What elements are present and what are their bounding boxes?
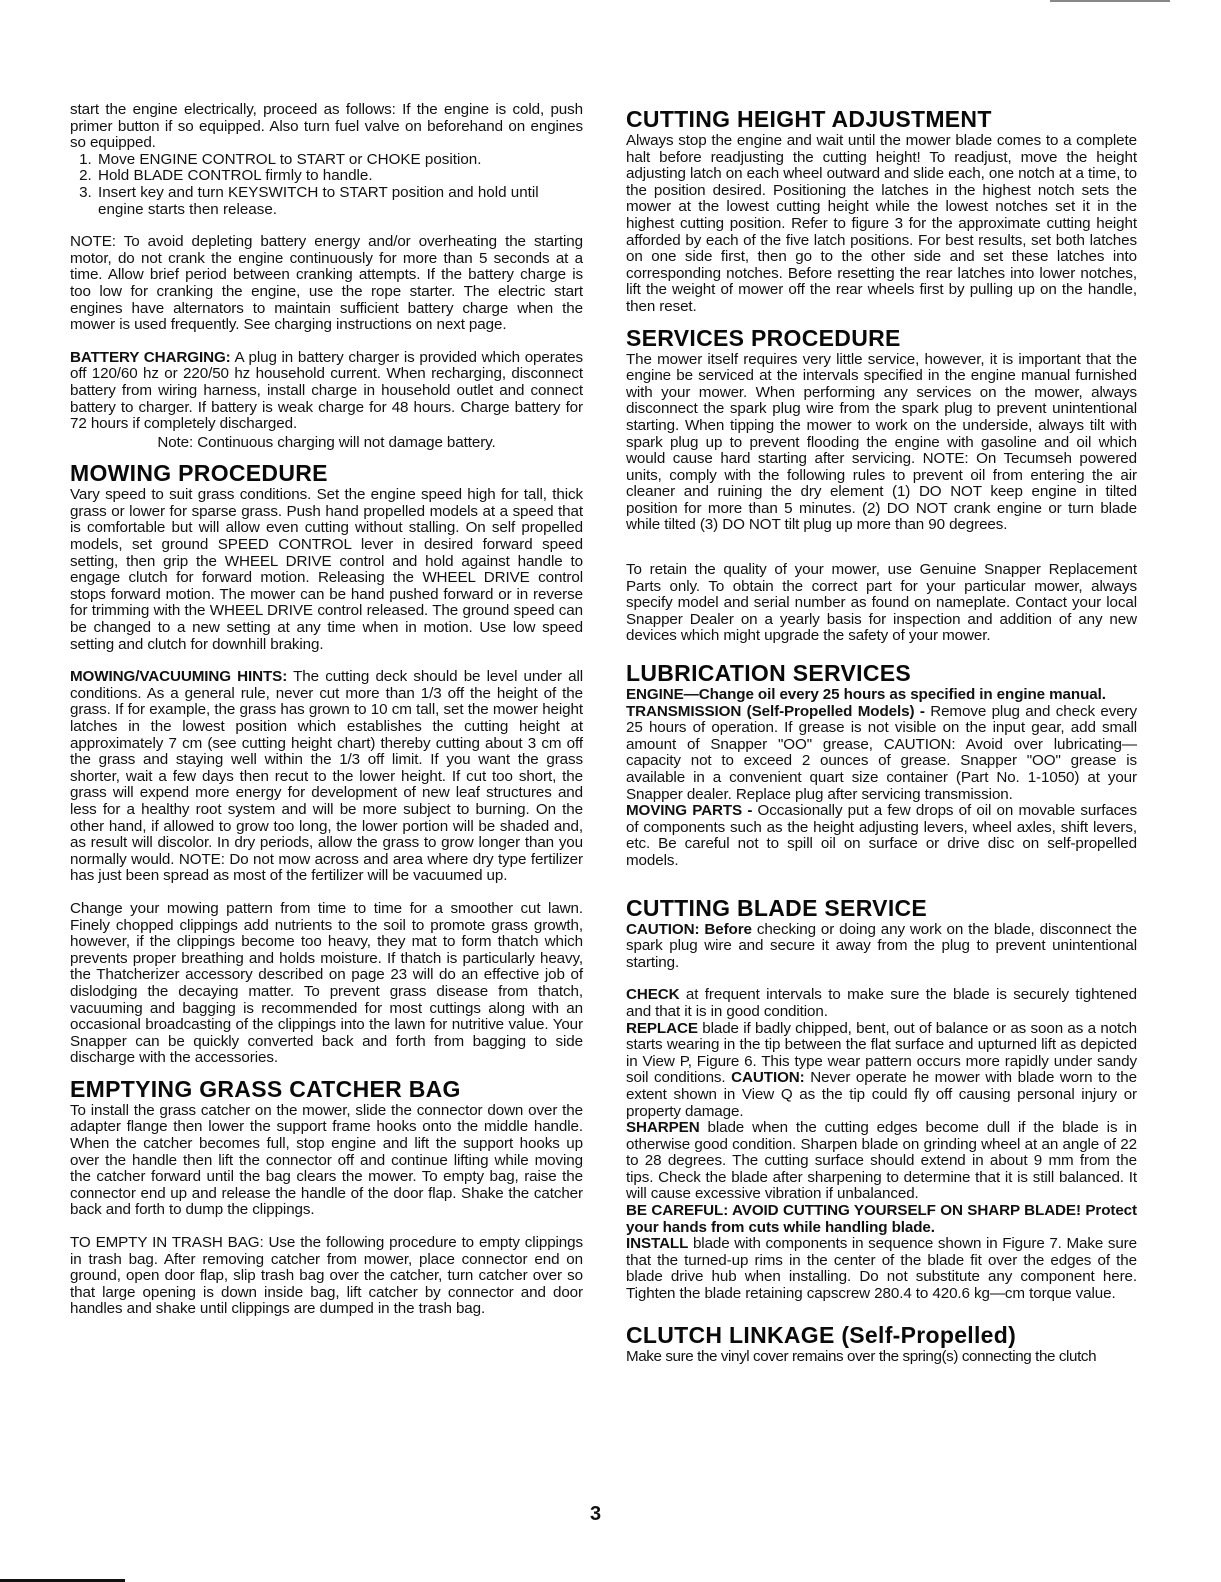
mowing-pattern-paragraph: Change your mowing pattern from time to … bbox=[70, 901, 583, 1067]
clutch-linkage-text: Make sure the vinyl cover remains over t… bbox=[626, 1349, 1137, 1366]
blade-sharpen: SHARPEN blade when the cutting edges bec… bbox=[626, 1120, 1137, 1203]
mowing-hints-paragraph: MOWING/VACUUMING HINTS: The cutting deck… bbox=[70, 669, 583, 885]
blade-be-careful: BE CAREFUL: AVOID CUTTING YOURSELF ON SH… bbox=[626, 1203, 1137, 1236]
continuous-charging-note: Note: Continuous charging will not damag… bbox=[70, 435, 583, 452]
mowing-hints-label: MOWING/VACUUMING HINTS: bbox=[70, 668, 287, 685]
emptying-bag-heading: EMPTYING GRASS CATCHER BAG bbox=[70, 1075, 583, 1103]
step-item: Move ENGINE CONTROL to START or CHOKE po… bbox=[96, 152, 583, 169]
page-number: 3 bbox=[590, 1503, 601, 1526]
replacement-parts-paragraph: To retain the quality of your mower, use… bbox=[626, 562, 1137, 645]
electric-start-steps: Move ENGINE CONTROL to START or CHOKE po… bbox=[70, 152, 583, 218]
battery-note: NOTE: To avoid depleting battery energy … bbox=[70, 234, 583, 334]
cutting-height-heading: CUTTING HEIGHT ADJUSTMENT bbox=[626, 105, 1137, 133]
cutting-blade-heading: CUTTING BLADE SERVICE bbox=[626, 894, 1137, 922]
battery-charging-paragraph: BATTERY CHARGING: A plug in battery char… bbox=[70, 350, 583, 433]
mowing-procedure-text: Vary speed to suit grass conditions. Set… bbox=[70, 487, 583, 653]
electric-start-intro: start the engine electrically, proceed a… bbox=[70, 102, 583, 152]
emptying-bag-text: To install the grass catcher on the mowe… bbox=[70, 1103, 583, 1219]
left-column: start the engine electrically, proceed a… bbox=[70, 102, 583, 1318]
scan-edge-top bbox=[1050, 0, 1170, 2]
lubrication-transmission: TRANSMISSION (Self-Propelled Models) - R… bbox=[626, 704, 1137, 804]
lubrication-moving-parts: MOVING PARTS - Occasionally put a few dr… bbox=[626, 803, 1137, 869]
lubrication-heading: LUBRICATION SERVICES bbox=[626, 659, 1137, 687]
step-item: Insert key and turn KEYSWITCH to START p… bbox=[96, 185, 583, 218]
cutting-height-text: Always stop the engine and wait until th… bbox=[626, 133, 1137, 316]
mowing-procedure-heading: MOWING PROCEDURE bbox=[70, 459, 583, 487]
battery-charging-label: BATTERY CHARGING: bbox=[70, 349, 231, 366]
trash-bag-paragraph: TO EMPTY IN TRASH BAG: Use the following… bbox=[70, 1235, 583, 1318]
clutch-linkage-heading: CLUTCH LINKAGE (Self-Propelled) bbox=[626, 1321, 1137, 1349]
blade-replace: REPLACE blade if badly chipped, bent, ou… bbox=[626, 1021, 1137, 1121]
lubrication-engine: ENGINE—Change oil every 25 hours as spec… bbox=[626, 687, 1137, 704]
services-text: The mower itself requires very little se… bbox=[626, 352, 1137, 535]
services-heading: SERVICES PROCEDURE bbox=[626, 324, 1137, 352]
step-item: Hold BLADE CONTROL firmly to handle. bbox=[96, 168, 583, 185]
right-column: CUTTING HEIGHT ADJUSTMENT Always stop th… bbox=[626, 105, 1137, 1365]
blade-caution: CAUTION: Before checking or doing any wo… bbox=[626, 922, 1137, 972]
blade-check: CHECK at frequent intervals to make sure… bbox=[626, 987, 1137, 1020]
blade-install: INSTALL blade with components in sequenc… bbox=[626, 1236, 1137, 1302]
